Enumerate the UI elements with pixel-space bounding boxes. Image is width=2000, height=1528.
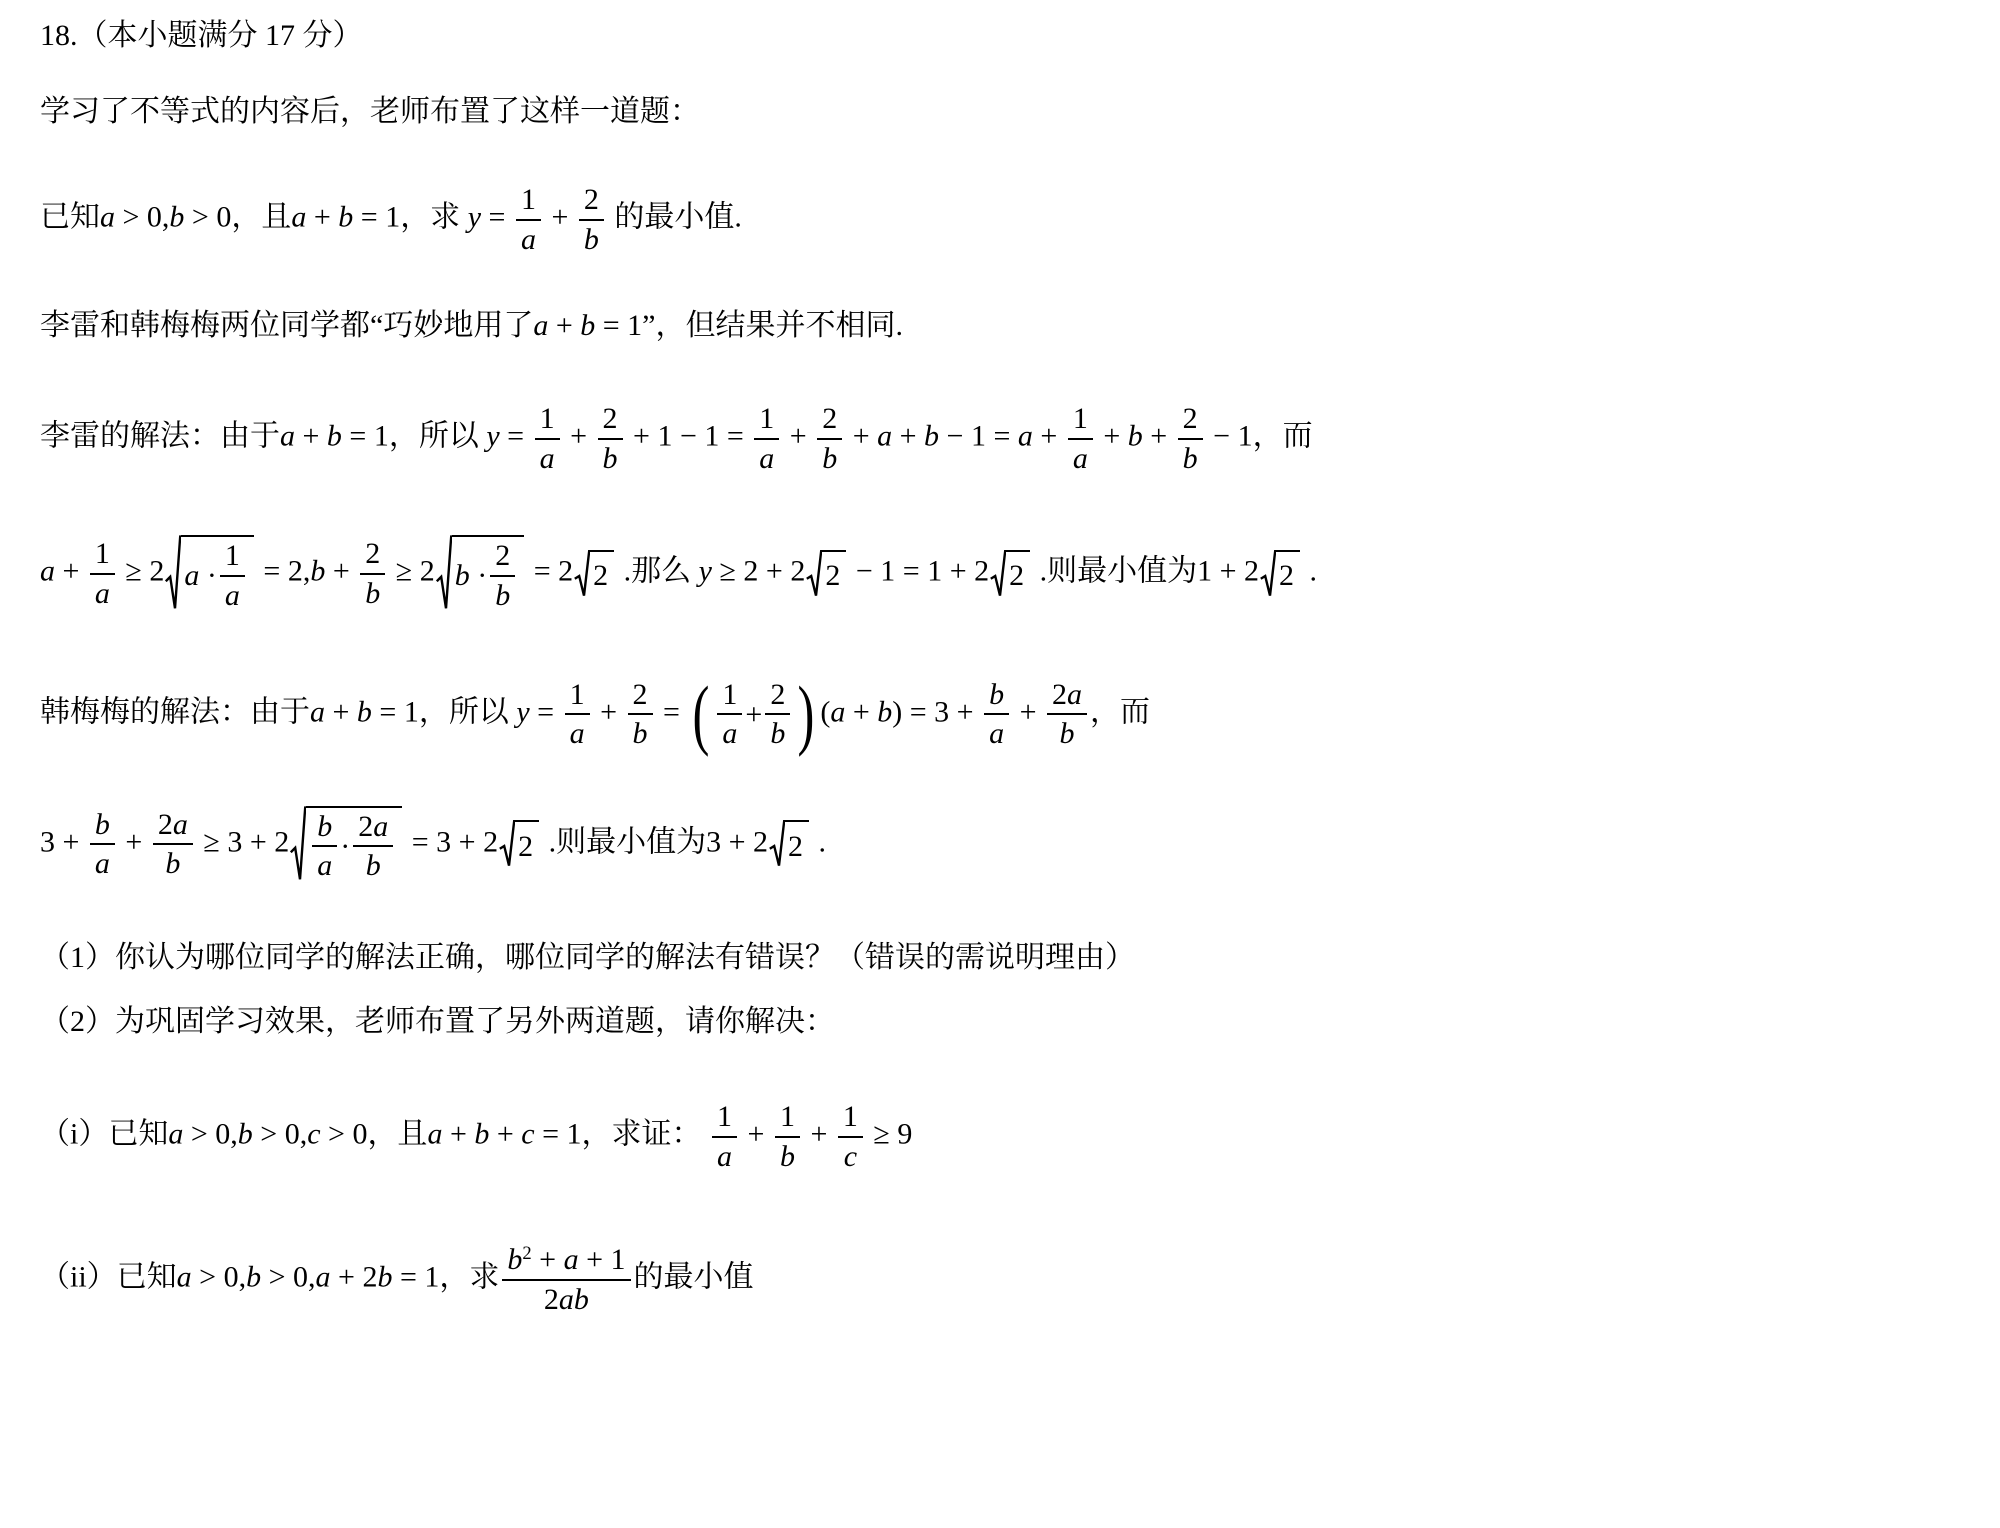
- fraction: b2 + a + 12ab: [502, 1243, 630, 1316]
- radicand: 2: [590, 550, 614, 598]
- radicand: ba · 2ab: [306, 806, 402, 883]
- math-run: 2: [593, 556, 608, 595]
- math-run: a + b = 1: [280, 420, 389, 453]
- math-run: +: [544, 200, 576, 233]
- numerator: b: [312, 810, 337, 848]
- text-run: ，且: [367, 1117, 427, 1150]
- math-run: +: [593, 695, 625, 728]
- radical-icon: [990, 550, 1006, 598]
- fraction: 2b: [598, 402, 623, 475]
- denominator: a: [565, 715, 590, 751]
- radical-icon: [574, 550, 590, 598]
- text-run: 18.（本小题满分 17 分）: [40, 19, 363, 52]
- math-run: y ≥ 2 + 2: [699, 555, 806, 588]
- radical-icon: [806, 550, 822, 598]
- math-run: +: [1012, 695, 1044, 728]
- math-run: − 1: [1206, 420, 1253, 453]
- text-run: ，而: [1090, 695, 1150, 728]
- denominator: b: [765, 715, 790, 751]
- denominator: b: [1178, 440, 1203, 476]
- fraction: 1a: [565, 678, 590, 751]
- math-run: a + b = 1: [310, 695, 419, 728]
- denominator: b: [360, 575, 385, 611]
- denominator: b: [153, 845, 193, 881]
- numerator: 1: [516, 183, 541, 221]
- square-root: a · 1a: [165, 535, 254, 612]
- fraction: 1a: [516, 183, 541, 256]
- fraction: 1a: [712, 1100, 737, 1173]
- line-problem-number: 18.（本小题满分 17 分）: [40, 16, 1970, 55]
- numerator: 1: [220, 539, 245, 577]
- open-paren-icon: (: [693, 679, 710, 749]
- line-question-1: （1）你认为哪位同学的解法正确，哪位同学的解法有错误？（错误的需说明理由）: [40, 938, 1970, 977]
- numerator: 1: [535, 402, 560, 440]
- math-run: y =: [516, 695, 561, 728]
- paren-content: 1a + 2b: [714, 678, 793, 751]
- text-run: .那么: [616, 555, 699, 588]
- fraction: 1a: [220, 539, 245, 612]
- math-run: 1 + 2: [1197, 555, 1259, 588]
- math-run: +: [740, 1117, 772, 1150]
- math-run: =: [656, 695, 688, 728]
- numerator: 2: [490, 539, 515, 577]
- math-run: a +: [40, 555, 87, 588]
- superscript: 2: [522, 1243, 531, 1264]
- math-run: ≥ 9: [866, 1117, 912, 1150]
- math-run: a ·: [184, 556, 217, 595]
- radicand: b · 2b: [452, 535, 525, 612]
- fraction: 1a: [754, 402, 779, 475]
- numerator: b: [90, 808, 115, 846]
- fraction: 1b: [775, 1100, 800, 1173]
- text-run: ，求: [400, 200, 468, 233]
- fraction: ba: [984, 678, 1009, 751]
- numerator: 1: [90, 537, 115, 575]
- math-run: a > 0,b > 0,c > 0: [168, 1117, 367, 1150]
- numerator: 2: [598, 402, 623, 440]
- math-run: b ·: [455, 556, 488, 595]
- math-run: 3 +: [40, 825, 87, 858]
- square-root: 2: [1260, 550, 1300, 598]
- line-question-2: （2）为巩固学习效果，老师布置了另外两道题，请你解决：: [40, 1002, 1970, 1041]
- square-root: 2: [574, 550, 614, 598]
- fraction: 1a: [90, 537, 115, 610]
- radicand: 2: [515, 820, 539, 868]
- denominator: a: [754, 440, 779, 476]
- text-run: ，且: [231, 200, 291, 233]
- math-run: 2: [825, 556, 840, 595]
- math-run: = 2: [526, 555, 573, 588]
- denominator: b: [579, 221, 604, 257]
- line-subquestion-i: （i）已知a > 0,b > 0,c > 0，且a + b + c = 1，求证…: [40, 1100, 1970, 1173]
- denominator: b: [1047, 715, 1087, 751]
- math-run: = 2,b +: [256, 555, 357, 588]
- text-run: 学习了不等式的内容后，老师布置了这样一道题：: [40, 95, 700, 128]
- math-run: + b +: [1096, 420, 1175, 453]
- numerator: 2a: [353, 810, 393, 848]
- math-run: + a + b − 1 = a +: [845, 420, 1065, 453]
- text-run: 已知: [40, 200, 100, 233]
- math-run: a + b = 1: [533, 309, 642, 342]
- numerator: 2a: [153, 808, 193, 846]
- numerator: 2: [1178, 402, 1203, 440]
- denominator: b: [628, 715, 653, 751]
- radical-icon: [769, 820, 785, 868]
- denominator: a: [717, 715, 742, 751]
- numerator: 1: [1068, 402, 1093, 440]
- math-run: = 3 + 2: [404, 825, 498, 858]
- numerator: 1: [712, 1100, 737, 1138]
- fraction: 1a: [1068, 402, 1093, 475]
- denominator: a: [90, 845, 115, 881]
- math-run: a + b = 1: [291, 200, 400, 233]
- parenthesis-group: (1a + 2b): [688, 678, 819, 751]
- text-run: ，求证：: [582, 1117, 710, 1150]
- fraction: 2b: [360, 537, 385, 610]
- math-run: +: [782, 420, 814, 453]
- text-run: ，而: [1253, 420, 1313, 453]
- text-run: 李雷的解法：由于: [40, 420, 280, 453]
- math-run: +: [803, 1117, 835, 1150]
- denominator: a: [220, 577, 245, 613]
- numerator: b2 + a + 1: [502, 1243, 630, 1281]
- math-run: + 1 − 1 =: [626, 420, 752, 453]
- numerator: 2: [765, 678, 790, 716]
- fraction: 2b: [490, 539, 515, 612]
- denominator: c: [838, 1138, 863, 1174]
- square-root: 2: [806, 550, 846, 598]
- line-students-comparison: 李雷和韩梅梅两位同学都“巧妙地用了a + b = 1”，但结果并不相同.: [40, 306, 1970, 345]
- math-run: y =: [486, 420, 531, 453]
- radicand: 2: [822, 550, 846, 598]
- text-run: ”，但结果并不相同.: [642, 309, 903, 342]
- math-run: a > 0,b > 0,a + 2b = 1: [177, 1261, 440, 1294]
- text-run: .则最小值为: [541, 825, 706, 858]
- text-run: 李雷和韩梅梅两位同学都“巧妙地用了: [40, 309, 533, 342]
- math-run: +: [563, 420, 595, 453]
- math-run: − 1 = 1 + 2: [848, 555, 989, 588]
- denominator: b: [490, 577, 515, 613]
- numerator: 1: [754, 402, 779, 440]
- math-run: + a + 1: [532, 1243, 626, 1276]
- square-root: b · 2b: [436, 535, 525, 612]
- fraction: 1a: [535, 402, 560, 475]
- square-root: 2: [990, 550, 1030, 598]
- radical-icon: [290, 806, 306, 883]
- text-run: ，所以: [389, 420, 487, 453]
- radical-icon: [499, 820, 515, 868]
- square-root: ba · 2ab: [290, 806, 402, 883]
- denominator: b: [817, 440, 842, 476]
- denominator: a: [312, 847, 337, 883]
- text-run: .: [1302, 555, 1317, 588]
- denominator: a: [535, 440, 560, 476]
- fraction: 1a: [717, 678, 742, 751]
- text-run: （i）已知: [40, 1117, 168, 1150]
- numerator: 1: [838, 1100, 863, 1138]
- line-lilei-solution: 李雷的解法：由于a + b = 1，所以 y = 1a + 2b + 1 − 1…: [40, 402, 1970, 475]
- denominator: a: [90, 575, 115, 611]
- fraction: 2ab: [153, 808, 193, 881]
- fraction: ba: [90, 808, 115, 881]
- fraction: 2b: [817, 402, 842, 475]
- text-run: （ii）已知: [40, 1261, 177, 1294]
- radicand: 2: [785, 820, 809, 868]
- numerator: 2: [628, 678, 653, 716]
- line-hanmeimei-inequality: 3 + ba + 2ab ≥ 3 + 2ba · 2ab = 3 + 22 .则…: [40, 806, 1970, 883]
- denominator: a: [984, 715, 1009, 751]
- numerator: 2: [817, 402, 842, 440]
- text-run: .则最小值为: [1032, 555, 1197, 588]
- math-run: 3 + 2: [706, 825, 768, 858]
- math-problem-document: 18.（本小题满分 17 分） 学习了不等式的内容后，老师布置了这样一道题： 已…: [0, 0, 2000, 1316]
- text-run: ，所以: [419, 695, 517, 728]
- denominator: b: [353, 847, 393, 883]
- fraction: 2ab: [353, 810, 393, 883]
- radicand: 2: [1276, 550, 1300, 598]
- line-intro: 学习了不等式的内容后，老师布置了这样一道题：: [40, 92, 1970, 131]
- fraction: 2b: [579, 183, 604, 256]
- square-root: 2: [499, 820, 539, 868]
- math-run: ·: [340, 827, 350, 866]
- numerator: 1: [775, 1100, 800, 1138]
- math-run: +: [745, 695, 762, 734]
- radical-icon: [165, 535, 181, 612]
- text-run: （1）你认为哪位同学的解法正确，哪位同学的解法有错误？（错误的需说明理由）: [40, 941, 1135, 974]
- text-run: 的最小值: [634, 1261, 754, 1294]
- denominator: a: [516, 221, 541, 257]
- math-run: +: [118, 825, 150, 858]
- math-run: ≥ 2: [388, 555, 434, 588]
- math-run: ≥ 3 + 2: [196, 825, 289, 858]
- denominator: a: [712, 1138, 737, 1174]
- denominator: a: [1068, 440, 1093, 476]
- math-run: a + b + c = 1: [427, 1117, 581, 1150]
- numerator: b: [984, 678, 1009, 716]
- radical-icon: [1260, 550, 1276, 598]
- text-run: .: [811, 825, 826, 858]
- text-run: 的最小值.: [607, 200, 742, 233]
- math-run: b: [507, 1243, 522, 1276]
- math-run: (a + b) = 3 +: [820, 695, 981, 728]
- fraction: ba: [312, 810, 337, 883]
- fraction: 1c: [838, 1100, 863, 1173]
- fraction: 2ab: [1047, 678, 1087, 751]
- line-lilei-inequality: a + 1a ≥ 2a · 1a = 2,b + 2b ≥ 2b · 2b = …: [40, 535, 1970, 612]
- numerator: 2: [360, 537, 385, 575]
- radicand: 2: [1006, 550, 1030, 598]
- line-subquestion-ii: （ii）已知a > 0,b > 0,a + 2b = 1，求b2 + a + 1…: [40, 1243, 1970, 1316]
- fraction: 2b: [628, 678, 653, 751]
- math-run: 2: [1009, 556, 1024, 595]
- numerator: 1: [717, 678, 742, 716]
- denominator: b: [598, 440, 623, 476]
- math-run: y =: [468, 200, 513, 233]
- close-paren-icon: ): [798, 679, 815, 749]
- denominator: b: [775, 1138, 800, 1174]
- math-run: 2: [788, 827, 803, 866]
- radical-icon: [436, 535, 452, 612]
- numerator: 2a: [1047, 678, 1087, 716]
- denominator: 2ab: [502, 1281, 630, 1317]
- line-hanmeimei-solution: 韩梅梅的解法：由于a + b = 1，所以 y = 1a + 2b = (1a …: [40, 678, 1970, 751]
- fraction: 2b: [765, 678, 790, 751]
- text-run: 韩梅梅的解法：由于: [40, 695, 310, 728]
- math-run: 2: [518, 827, 533, 866]
- text-run: ，求: [439, 1261, 499, 1294]
- math-run: a > 0,b > 0: [100, 200, 231, 233]
- square-root: 2: [769, 820, 809, 868]
- radicand: a · 1a: [181, 535, 254, 612]
- fraction: 2b: [1178, 402, 1203, 475]
- math-run: 2: [1279, 556, 1294, 595]
- numerator: 1: [565, 678, 590, 716]
- numerator: 2: [579, 183, 604, 221]
- text-run: （2）为巩固学习效果，老师布置了另外两道题，请你解决：: [40, 1005, 835, 1038]
- line-problem-statement: 已知a > 0,b > 0，且a + b = 1，求 y = 1a + 2b 的…: [40, 183, 1970, 256]
- math-run: ≥ 2: [118, 555, 164, 588]
